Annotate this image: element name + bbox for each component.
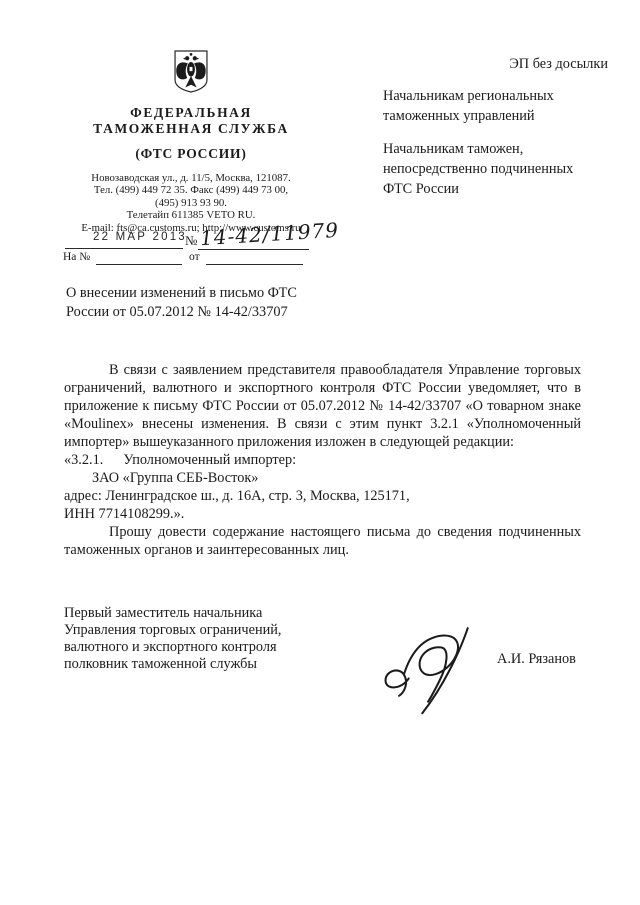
letter-body: В связи с заявлением представителя право… [64,361,581,559]
coat-of-arms-icon [172,48,210,95]
incoming-number-underline [96,264,182,265]
quote-inn-line: ИНН 7714108299.». [64,505,581,523]
org-phone-line2: (495) 913 93 90. [60,197,322,209]
incoming-date-underline [206,264,303,265]
org-teletype-line: Телетайп 611385 VETO RU. [60,209,322,221]
signature-autograph [372,608,488,716]
scanned-letter-page: ФЕДЕРАЛЬНАЯ ТАМОЖЕННАЯ СЛУЖБА (ФТС РОССИ… [0,0,640,905]
signer-title: Первый заместитель начальника Управления… [64,605,354,673]
quote-item-number: «3.2.1. [64,451,103,469]
quote-item-title: Уполномоченный импортер: [123,452,296,468]
date-underline [65,248,183,249]
incoming-number-label: На № [63,251,90,263]
date-stamp: 22 МАР 2013 [93,231,187,244]
number-sign: № [185,233,197,249]
org-name-line1: ФЕДЕРАЛЬНАЯ [60,105,322,121]
body-paragraph-2: Прошу довести содержание настоящего пись… [64,523,581,559]
incoming-date-label: от [189,251,200,263]
quote-item-line: «3.2.1.Уполномоченный импортер: [64,451,581,469]
recipient-group-rtu: Начальникам региональных таможенных упра… [383,86,615,126]
org-address-line: Новозаводская ул., д. 11/5, Москва, 1210… [60,172,322,184]
letterhead: ФЕДЕРАЛЬНАЯ ТАМОЖЕННАЯ СЛУЖБА (ФТС РОССИ… [60,48,322,234]
org-phone-line: Тел. (499) 449 72 35. Факс (499) 449 73 … [60,184,322,196]
recipients-block: Начальникам региональных таможенных упра… [383,86,615,199]
org-name-line2: ТАМОЖЕННАЯ СЛУЖБА [60,121,322,137]
recipient-group-customs: Начальникам таможен, непосредственно под… [383,139,615,199]
number-underline [198,249,309,250]
org-short-name: (ФТС РОССИИ) [60,146,322,162]
subject-line: О внесении изменений в письмо ФТС России… [66,284,366,321]
quote-company-line: ЗАО «Группа СЕБ-Восток» [64,469,581,487]
delivery-mark: ЭП без досылки [420,56,608,73]
body-paragraph-1: В связи с заявлением представителя право… [64,361,581,451]
quote-address-line: адрес: Ленинградское ш., д. 16А, стр. 3,… [64,487,581,505]
signer-name: А.И. Рязанов [497,651,576,668]
